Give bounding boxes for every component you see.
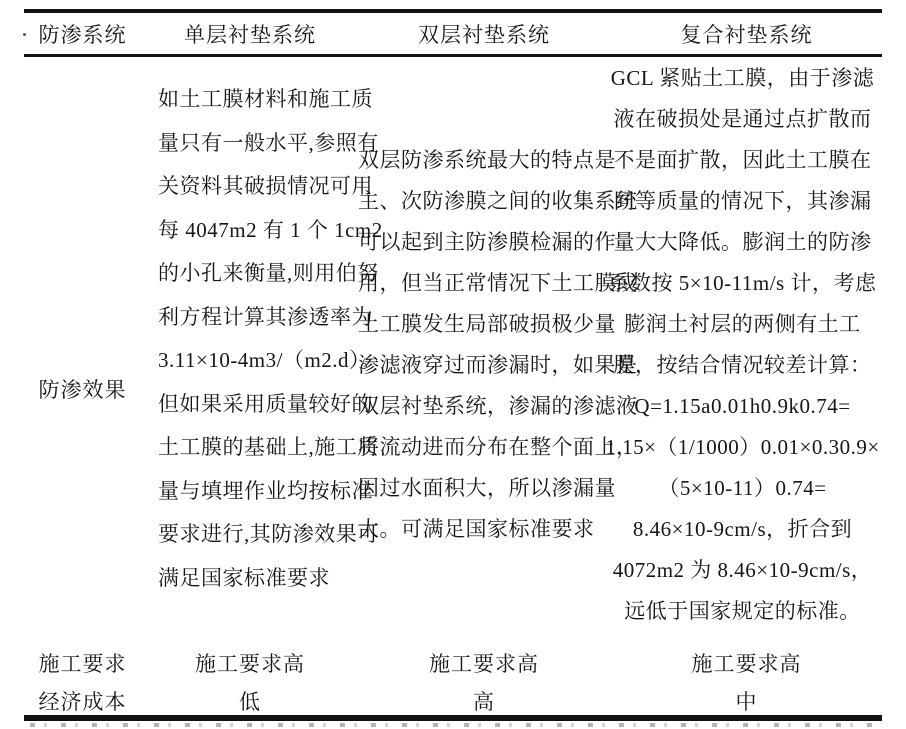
table-header-rule [24,54,882,57]
text-line: 8.46×10-9cm/s，折合到 [600,509,885,550]
text-line: Q=1.15a0.01h0.9k0.74= [600,386,885,427]
text-line: 系数按 5×10-11m/s 计，考虑 [600,263,885,304]
text-line: 远低于国家规定的标准。 [600,591,885,632]
table-bottom-rule [24,715,882,721]
text-line: 量只有一般水平,参照有 [158,122,358,166]
text-line: 渗滤液穿过而渗漏时，如果是 [358,345,608,386]
scanned-document-page: 防渗系统 单层衬垫系统 双层衬垫系统 复合衬垫系统 防渗效果 如土工膜材料和施工… [0,0,906,729]
cell-construction-single-liner: 施工要求高 [140,648,360,678]
row-label-construction-requirement: 施工要求 [25,648,140,678]
text-line: 量与填埋作业均按标准 [158,470,358,514]
text-line: 因过水面积大，所以渗漏量 [358,468,608,509]
text-line: 量大大降低。膨润土的防渗 [600,222,885,263]
text-line: 膜，按结合情况较差计算： [600,345,885,386]
text-line: 主、次防渗膜之间的收集系统 [358,181,608,222]
text-line: 3.11×10-4m3/（m2.d）。 [158,339,358,383]
text-line: GCL 紧贴土工膜，由于渗滤 [600,58,885,99]
cell-cost-single-liner: 低 [140,686,360,716]
text-line: 土工膜发生局部破损极少量 [358,304,608,345]
text-line: 用，但当正常情况下土工膜或 [358,263,608,304]
text-line: 液在破损处是通过点扩散而 [600,99,885,140]
cell-construction-double-liner: 施工要求高 [360,648,608,678]
cell-seepage-composite-liner: GCL 紧贴土工膜，由于渗滤液在破损处是通过点扩散而不是面扩散，因此土工膜在同等… [600,58,885,632]
text-line: 双层防渗系统最大的特点是 [358,140,608,181]
text-line: 土工膜的基础上,施工质 [158,426,358,470]
text-line: 大。可满足国家标准要求 [358,509,608,550]
table-top-rule [24,9,882,13]
row-label-seepage-effect: 防渗效果 [25,374,140,404]
cell-construction-composite-liner: 施工要求高 [608,648,885,678]
text-line: 每 4047m2 有 1 个 1cm2 [158,209,358,253]
text-line: 不是面扩散，因此土工膜在 [600,140,885,181]
text-line: 关资料其破损情况可用 [158,165,358,209]
table-header-double-liner: 双层衬垫系统 [360,21,608,49]
cell-seepage-double-liner: 双层防渗系统最大的特点是主、次防渗膜之间的收集系统可以起到主防渗膜检漏的作用，但… [358,140,608,550]
table-header-composite-liner: 复合衬垫系统 [608,21,885,49]
cell-seepage-single-liner: 如土工膜材料和施工质量只有一般水平,参照有关资料其破损情况可用每 4047m2 … [158,78,358,600]
text-line: （5×10-11）0.74= [600,468,885,509]
text-line: 满足国家标准要求 [158,557,358,601]
text-line: 可以起到主防渗膜检漏的作 [358,222,608,263]
text-line: 要求进行,其防渗效果可 [158,513,358,557]
text-line: 但如果采用质量较好的 [158,383,358,427]
text-line: 如土工膜材料和施工质 [158,78,358,122]
table-header-single-liner: 单层衬垫系统 [140,21,360,49]
text-line: 同等质量的情况下，其渗漏 [600,181,885,222]
row-label-economic-cost: 经济成本 [25,686,140,716]
text-line: 双层衬垫系统，渗漏的渗滤液 [358,386,608,427]
scan-artifact-strip [30,723,880,727]
text-line: 4072m2 为 8.46×10-9cm/s， [600,550,885,591]
table-header-system: 防渗系统 [25,21,140,49]
text-line: 的小孔来衡量,则用伯努 [158,252,358,296]
cell-cost-composite-liner: 中 [608,686,885,716]
text-line: 1.15×（1/1000）0.01×0.30.9× [600,427,885,468]
text-line: 将流动进而分布在整个面上， [358,427,608,468]
text-line: 利方程计算其渗透率为 [158,296,358,340]
text-line: 膨润土衬层的两侧有土工 [600,304,885,345]
cell-cost-double-liner: 高 [360,686,608,716]
